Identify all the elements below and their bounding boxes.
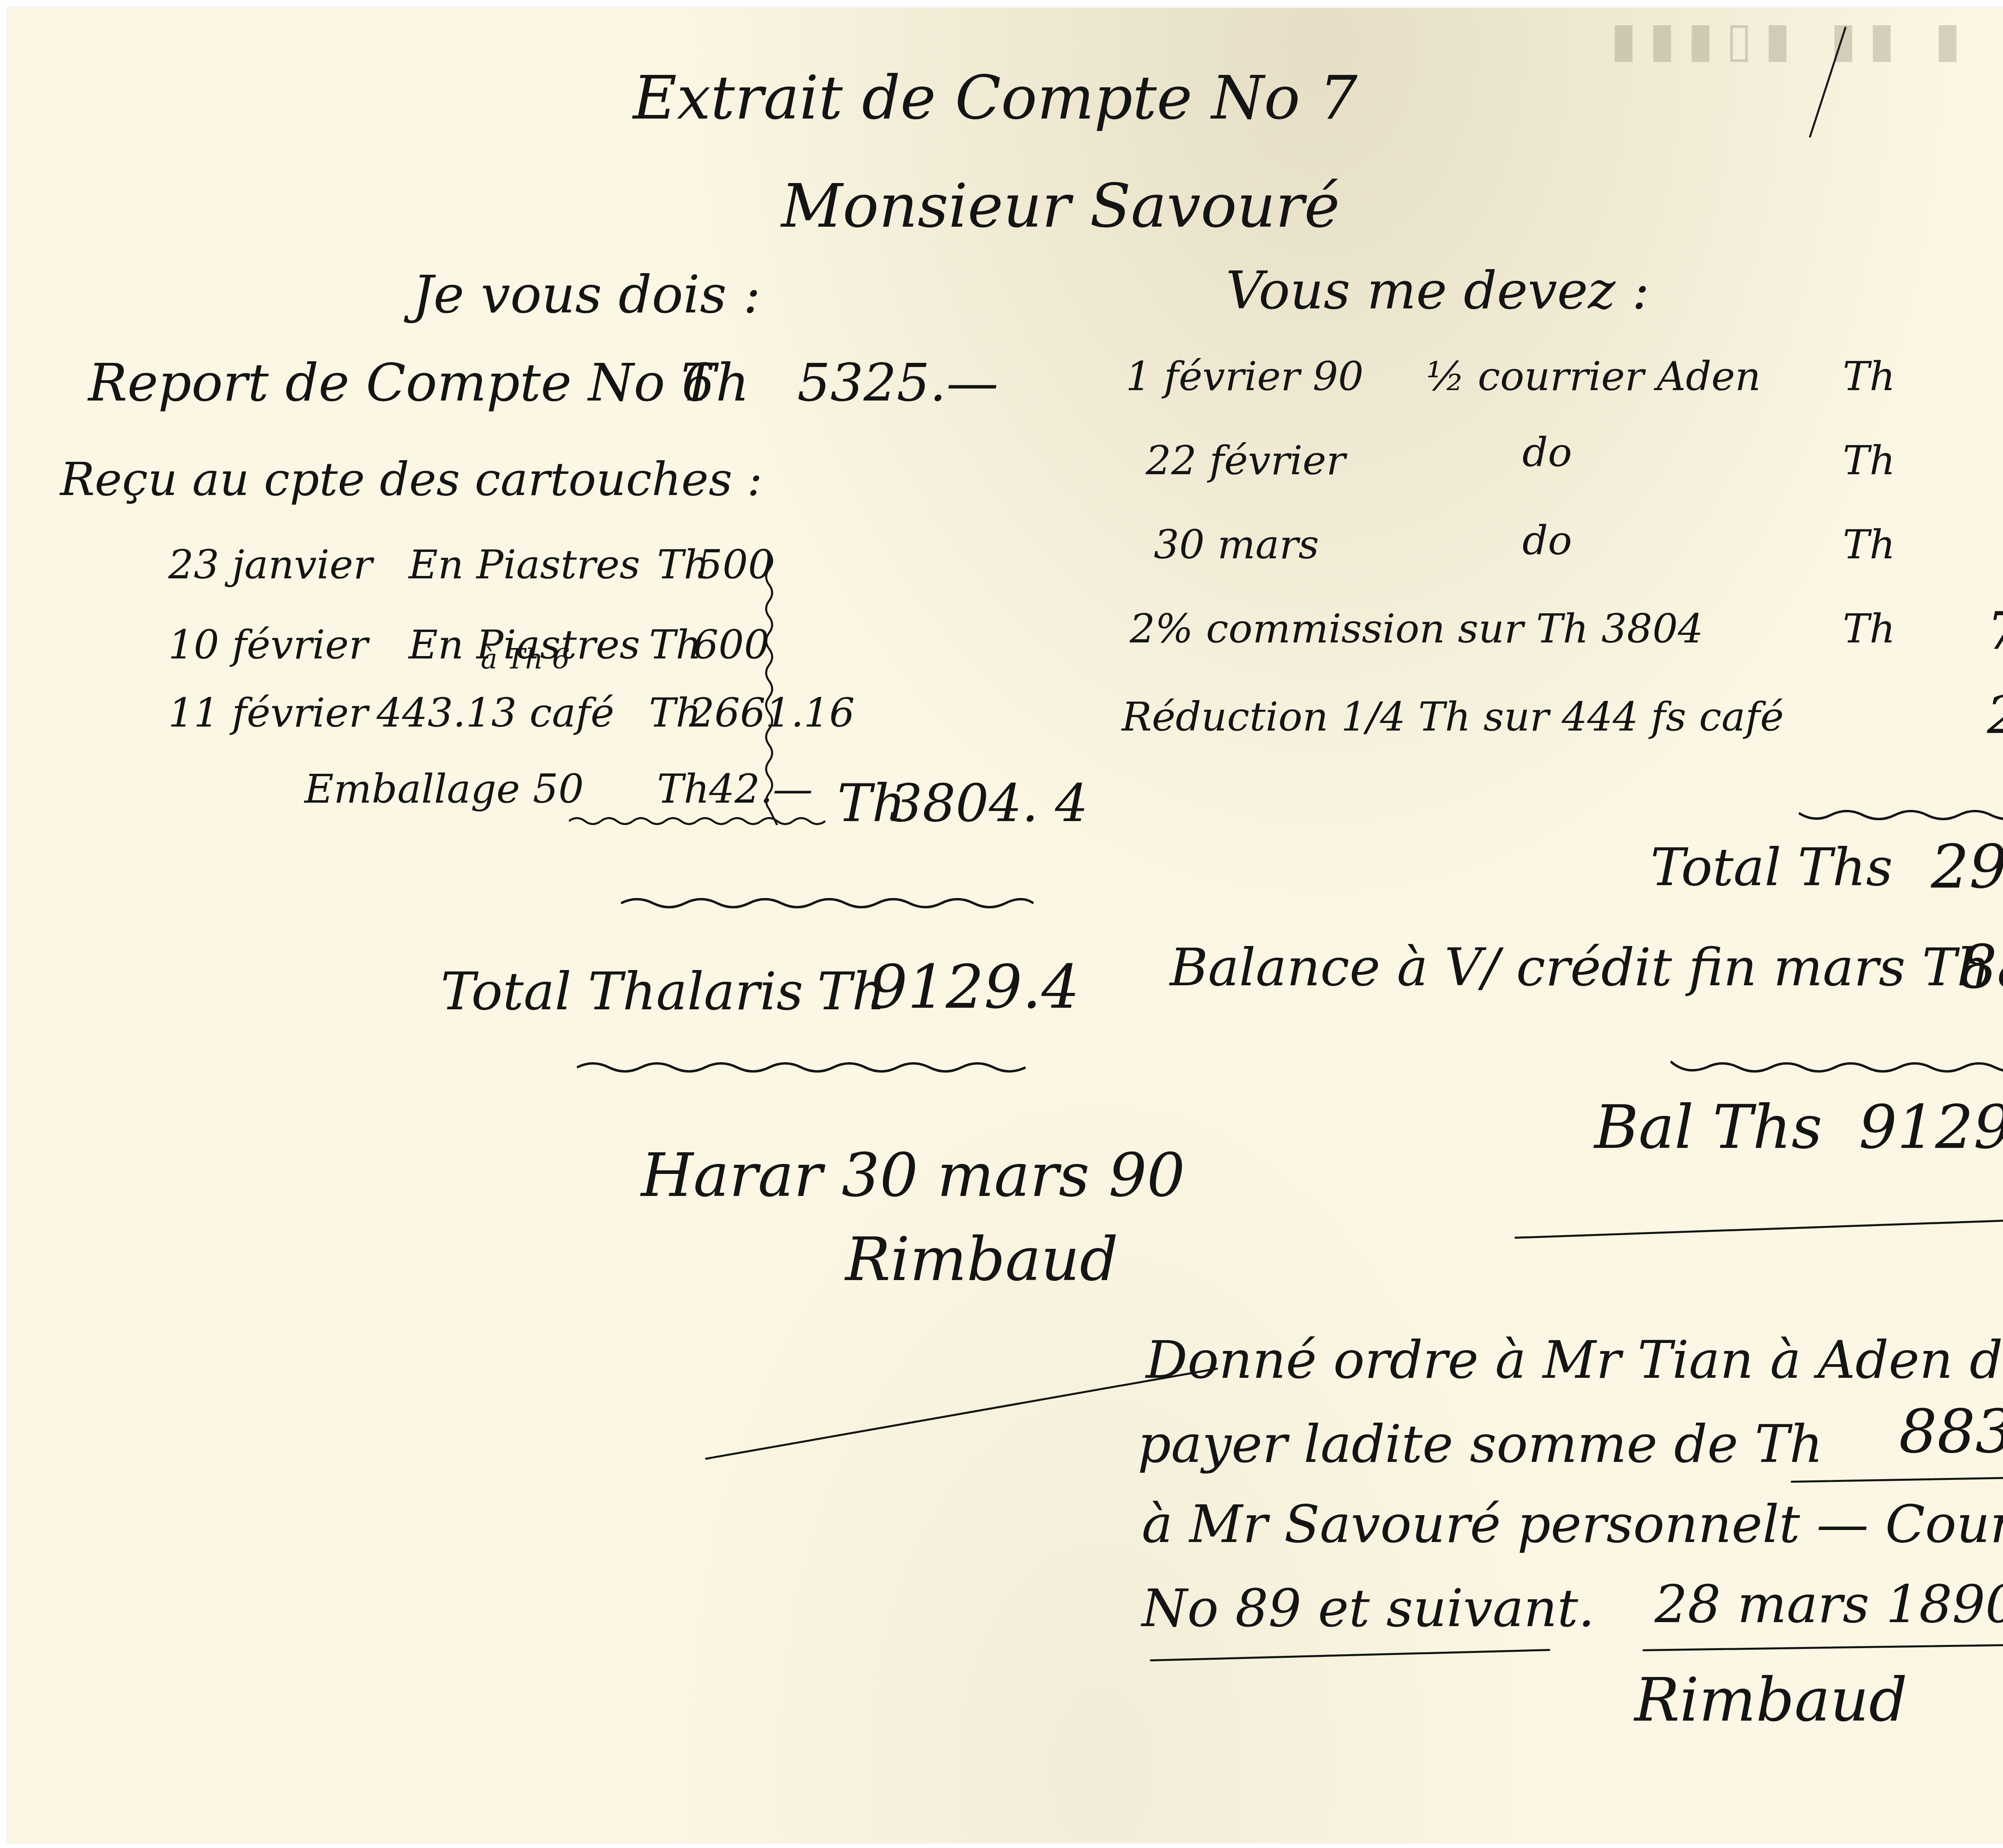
grand-total-amount: 9129.4 <box>1859 1097 2003 1158</box>
entry-amount: 76.4 <box>1987 605 2003 657</box>
received-heading: Reçu au cpte des cartouches : <box>60 457 762 503</box>
right-total-label: Total Ths <box>1650 841 1893 893</box>
bracket-squiggle <box>761 553 793 825</box>
entry-description: do <box>1522 521 1572 561</box>
entry-description: ½ courrier Aden <box>1426 356 1761 397</box>
entry-date: 11 février <box>168 693 368 733</box>
entry-amount: 600 <box>693 625 770 665</box>
entry-description: Emballage 50 <box>304 769 584 809</box>
entry-rate-note: à Th 6 <box>481 645 570 673</box>
grand-total-underline <box>1514 1214 2003 1239</box>
bleed-through-stamp: ▮▮▮▯▮ ▮▮ ▮ <box>1610 12 1973 68</box>
entry-currency: Th <box>1843 609 1895 649</box>
document-title: Extrait de Compte No 7 <box>633 68 1358 128</box>
subtotal-amount: 3804. 4 <box>889 777 1088 829</box>
report-amount: 5325.— <box>797 356 998 409</box>
entry-date: 23 janvier <box>168 545 373 585</box>
entry-currency: Th <box>1843 356 1895 397</box>
order-date: 28 mars 1890 <box>1654 1578 2003 1630</box>
right-heading: Vous me devez : <box>1226 264 1650 316</box>
currency-symbol: Th <box>681 356 749 409</box>
order-payment-text: payer ladite somme de Th <box>1138 1418 1823 1470</box>
document-page: ▮▮▮▯▮ ▮▮ ▮ Extrait de Compte No 7 Monsie… <box>8 8 2003 1842</box>
entry-date: 10 février <box>168 625 368 665</box>
grand-total-label: Bal Ths <box>1594 1097 1822 1158</box>
amount-underline <box>1791 1475 2003 1483</box>
order-line-1: Donné ordre à Mr Tian à Aden de <box>1146 1334 2003 1386</box>
balance-amount: 8833.— <box>1959 937 2003 997</box>
order-reference: No 89 et suivant. <box>1142 1582 1595 1634</box>
signature: Rimbaud <box>845 1230 1118 1290</box>
entry-date: 1 février 90 <box>1126 356 1364 397</box>
date-underline <box>1642 1643 2003 1651</box>
addressee: Monsieur Savouré <box>781 176 1340 236</box>
order-line-3: à Mr Savouré personnelt — Courriers <box>1142 1498 2003 1550</box>
entry-description: 2% commission sur Th 3804 <box>1130 609 1703 649</box>
entry-date: 30 mars <box>1154 525 1319 565</box>
section-divider <box>1799 805 2003 825</box>
entry-currency: Th <box>657 769 709 809</box>
order-amount: 8833 <box>1899 1402 2003 1462</box>
entry-currency: Th <box>1843 441 1895 481</box>
section-divider <box>577 1057 1030 1077</box>
right-total-amount: 296. 4 <box>1931 837 2003 897</box>
entry-description: Réduction 1/4 Th sur 444 fs café <box>1122 697 1784 737</box>
underline-squiggle <box>569 813 829 829</box>
entry-description: do <box>1522 433 1572 473</box>
order-signature: Rimbaud <box>1634 1670 1907 1730</box>
entry-description: En Piastres <box>409 545 640 585</box>
reference-underline <box>1150 1649 1550 1661</box>
place-date: Harar 30 mars 90 <box>641 1145 1185 1206</box>
section-divider <box>621 893 1034 913</box>
left-heading: Je vous dois : <box>413 268 761 320</box>
section-divider <box>1671 1057 2003 1077</box>
total-label: Total Thalaris <box>441 965 803 1017</box>
total-amount: 9129.4 <box>869 957 1080 1017</box>
entry-description: 443.13 café <box>377 693 615 733</box>
entry-amount: 211.— <box>1987 689 2003 741</box>
entry-date: 22 février <box>1146 441 1346 481</box>
report-label: Report de Compte No 6 <box>88 356 715 409</box>
balance-label: Balance à V/ crédit fin mars Th <box>1170 941 1990 993</box>
entry-currency: Th <box>1843 525 1895 565</box>
